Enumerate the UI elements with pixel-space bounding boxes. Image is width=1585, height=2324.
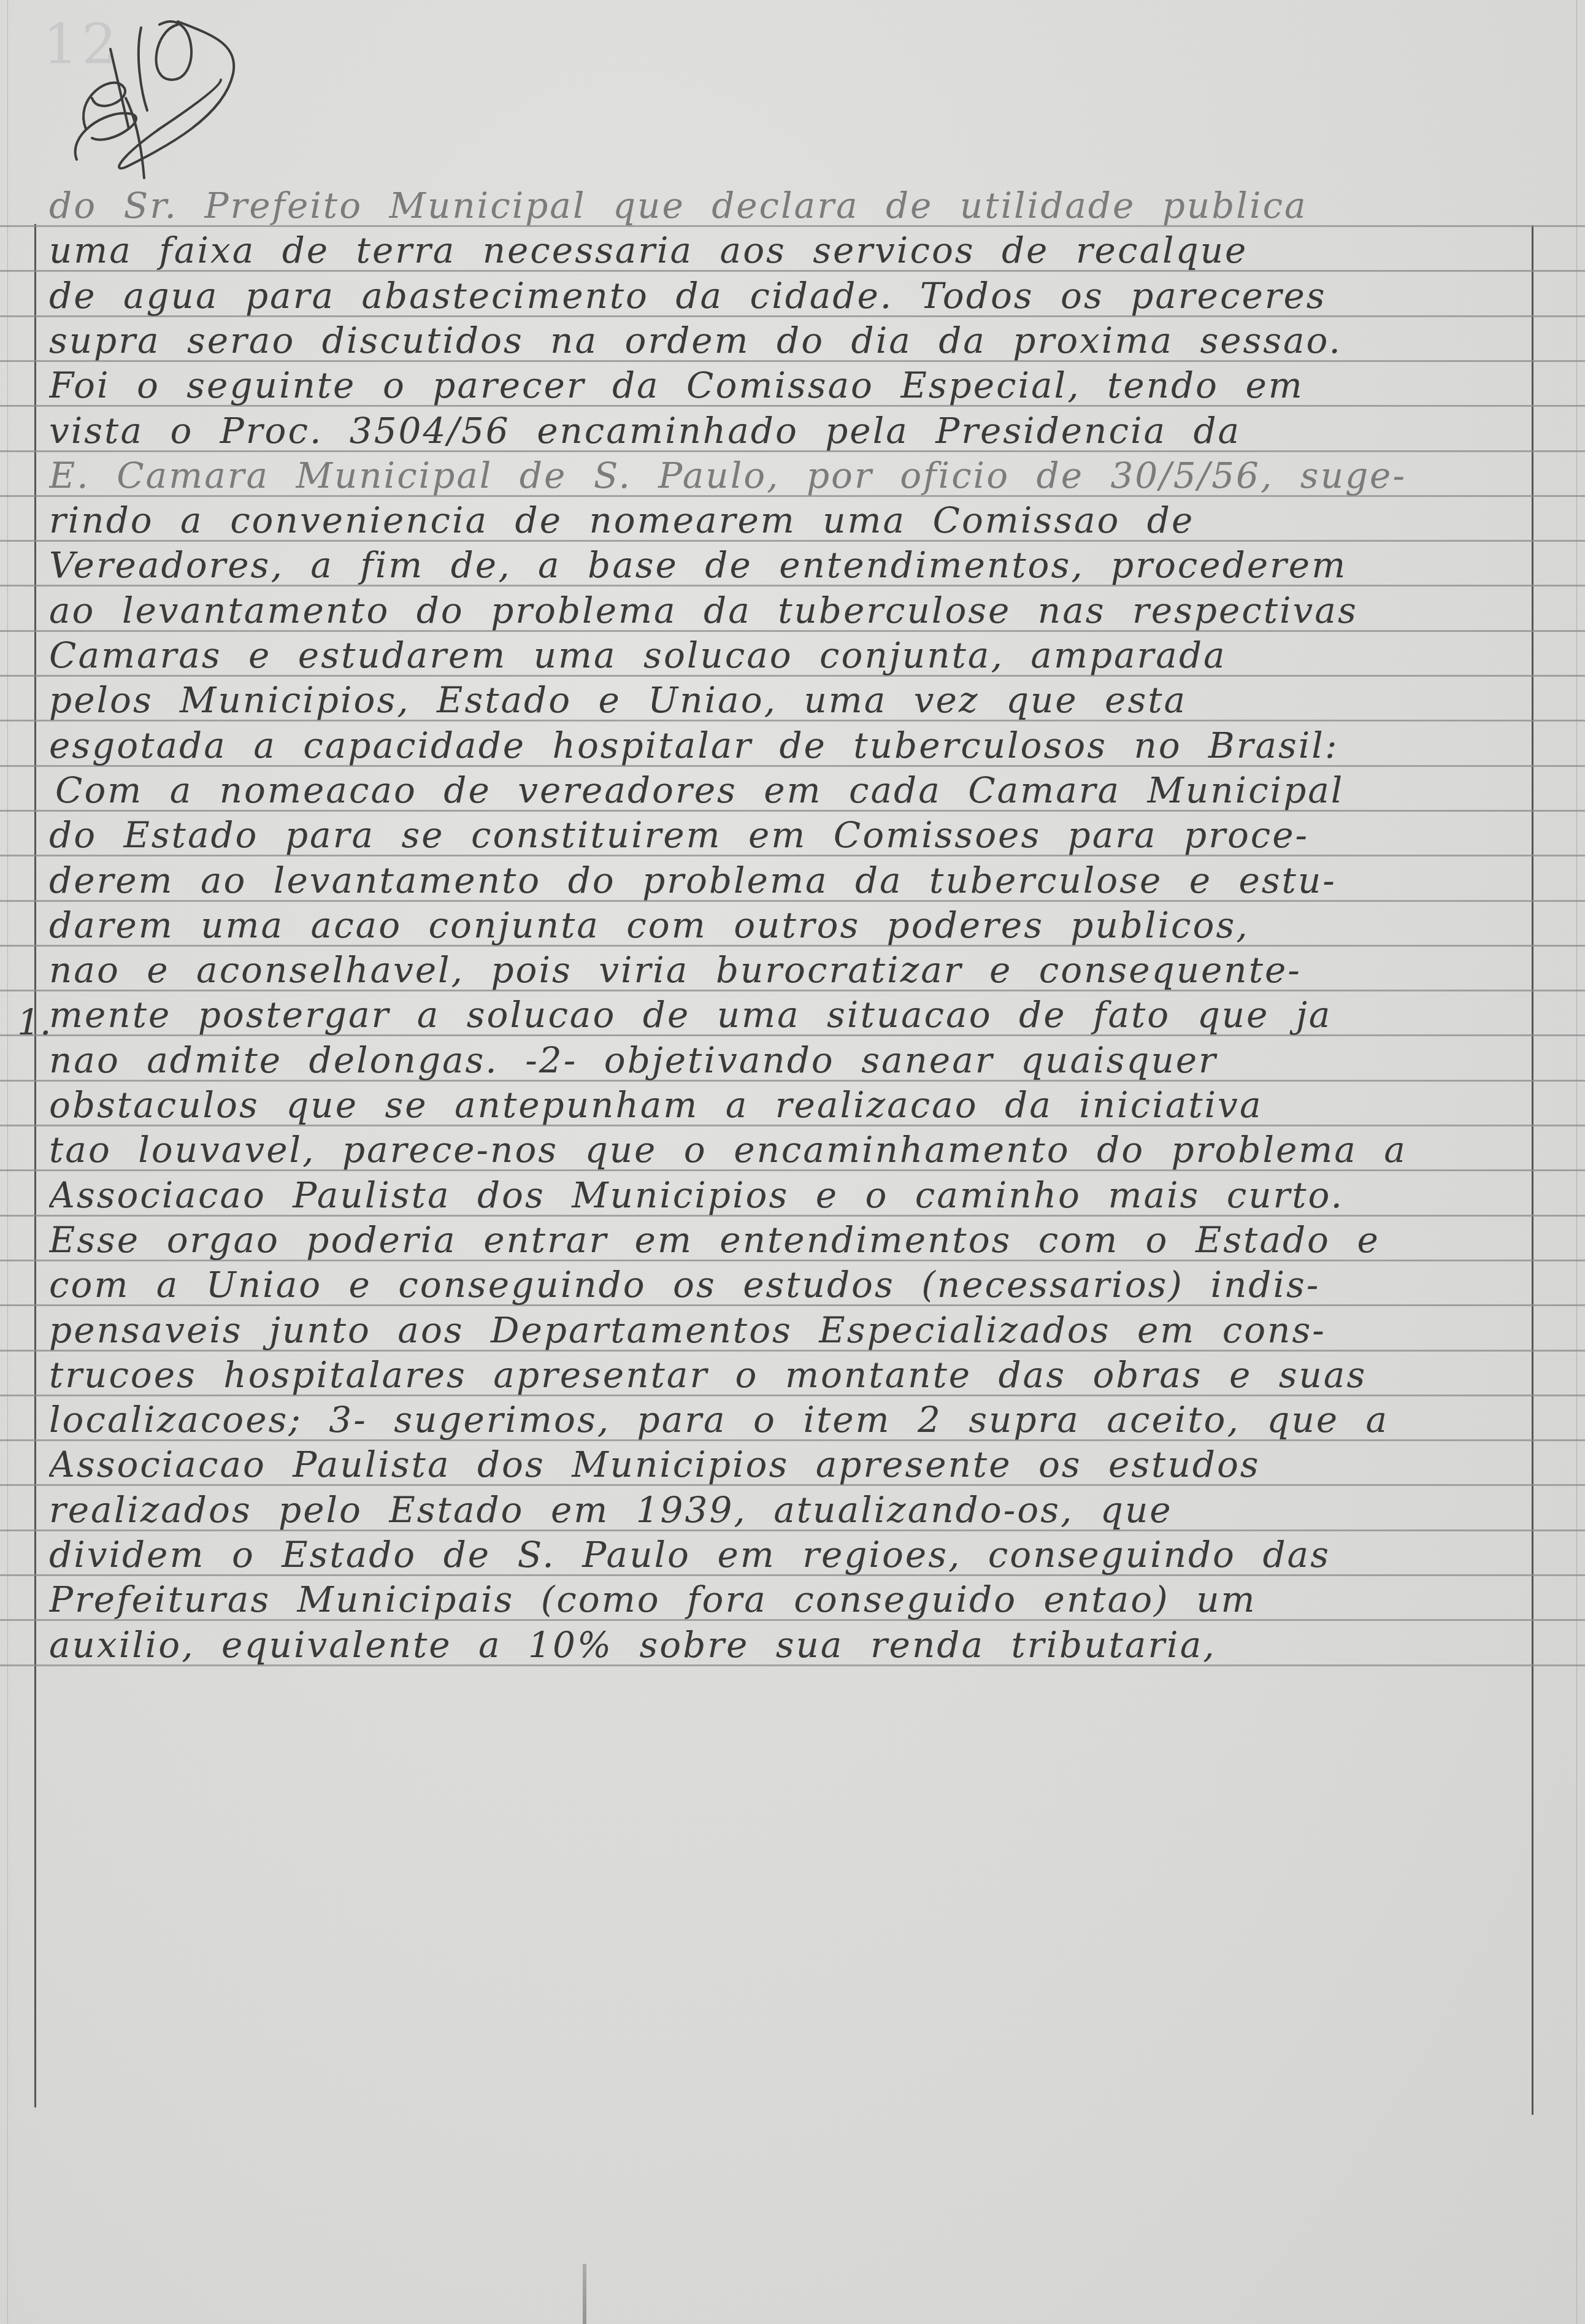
- text-line: esgotada a capacidade hospitalar de tube…: [49, 725, 1546, 769]
- left-margin-line: [34, 224, 36, 2107]
- text-line: darem uma acao conjunta com outros poder…: [49, 904, 1546, 948]
- text-line: pelos Municipios, Estado e Uniao, uma ve…: [49, 679, 1546, 723]
- signature-initials-icon: [37, 6, 239, 184]
- text-line: Prefeituras Municipais (como fora conseg…: [49, 1579, 1546, 1623]
- text-line: do Sr. Prefeito Municipal que declara de…: [49, 185, 1546, 229]
- text-line: Vereadores, a fim de, a base de entendim…: [49, 544, 1546, 588]
- text-line: do Estado para se constituirem em Comiss…: [49, 814, 1546, 858]
- text-line: dividem o Estado de S. Paulo em regioes,…: [49, 1534, 1546, 1578]
- text-line: uma faixa de terra necessaria aos servic…: [49, 229, 1546, 274]
- left-edge-line: [7, 0, 8, 2324]
- text-line: vista o Proc. 3504/56 encaminhado pela P…: [49, 410, 1546, 454]
- text-line: E. Camara Municipal de S. Paulo, por ofi…: [49, 455, 1546, 499]
- text-line: mente postergar a solucao de uma situaca…: [49, 994, 1546, 1038]
- text-line: Camaras e estudarem uma solucao conjunta…: [49, 634, 1546, 679]
- text-line: trucoes hospitalares apresentar o montan…: [49, 1354, 1546, 1398]
- right-edge-line: [1576, 0, 1577, 2324]
- text-line: derem ao levantamento do problema da tub…: [49, 860, 1546, 904]
- text-line: Associacao Paulista dos Municipios apres…: [49, 1444, 1546, 1488]
- text-line: de agua para abastecimento da cidade. To…: [49, 275, 1546, 319]
- text-line: rindo a conveniencia de nomearem uma Com…: [49, 499, 1546, 544]
- text-line: ao levantamento do problema da tuberculo…: [49, 590, 1546, 634]
- document-page: 12 1. do Sr. Prefeito Municipal que decl…: [0, 0, 1585, 2324]
- text-line: realizados pelo Estado em 1939, atualiza…: [49, 1489, 1546, 1533]
- text-line: nao admite delongas. -2- objetivando san…: [49, 1039, 1546, 1083]
- text-line: nao e aconselhavel, pois viria burocrati…: [49, 949, 1546, 993]
- text-line: Com a nomeacao de vereadores em cada Cam…: [55, 769, 1552, 814]
- text-line: pensaveis junto aos Departamentos Especi…: [49, 1309, 1546, 1353]
- text-line: com a Uniao e conseguindo os estudos (ne…: [49, 1264, 1546, 1308]
- text-line: tao louvavel, parece-nos que o encaminha…: [49, 1129, 1546, 1173]
- text-line: obstaculos que se antepunham a realizaca…: [49, 1084, 1546, 1128]
- text-line: Foi o seguinte o parecer da Comissao Esp…: [49, 364, 1546, 409]
- fold-mark: [583, 2264, 586, 2324]
- text-line: Associacao Paulista dos Municipios e o c…: [49, 1174, 1546, 1218]
- text-line: localizacoes; 3- sugerimos, para o item …: [49, 1399, 1546, 1443]
- marginal-note: 1.: [17, 1001, 51, 1043]
- text-line: supra serao discutidos na ordem do dia d…: [49, 320, 1546, 364]
- text-line: Esse orgao poderia entrar em entendiment…: [49, 1219, 1546, 1263]
- text-line: auxilio, equivalente a 10% sobre sua ren…: [49, 1624, 1546, 1668]
